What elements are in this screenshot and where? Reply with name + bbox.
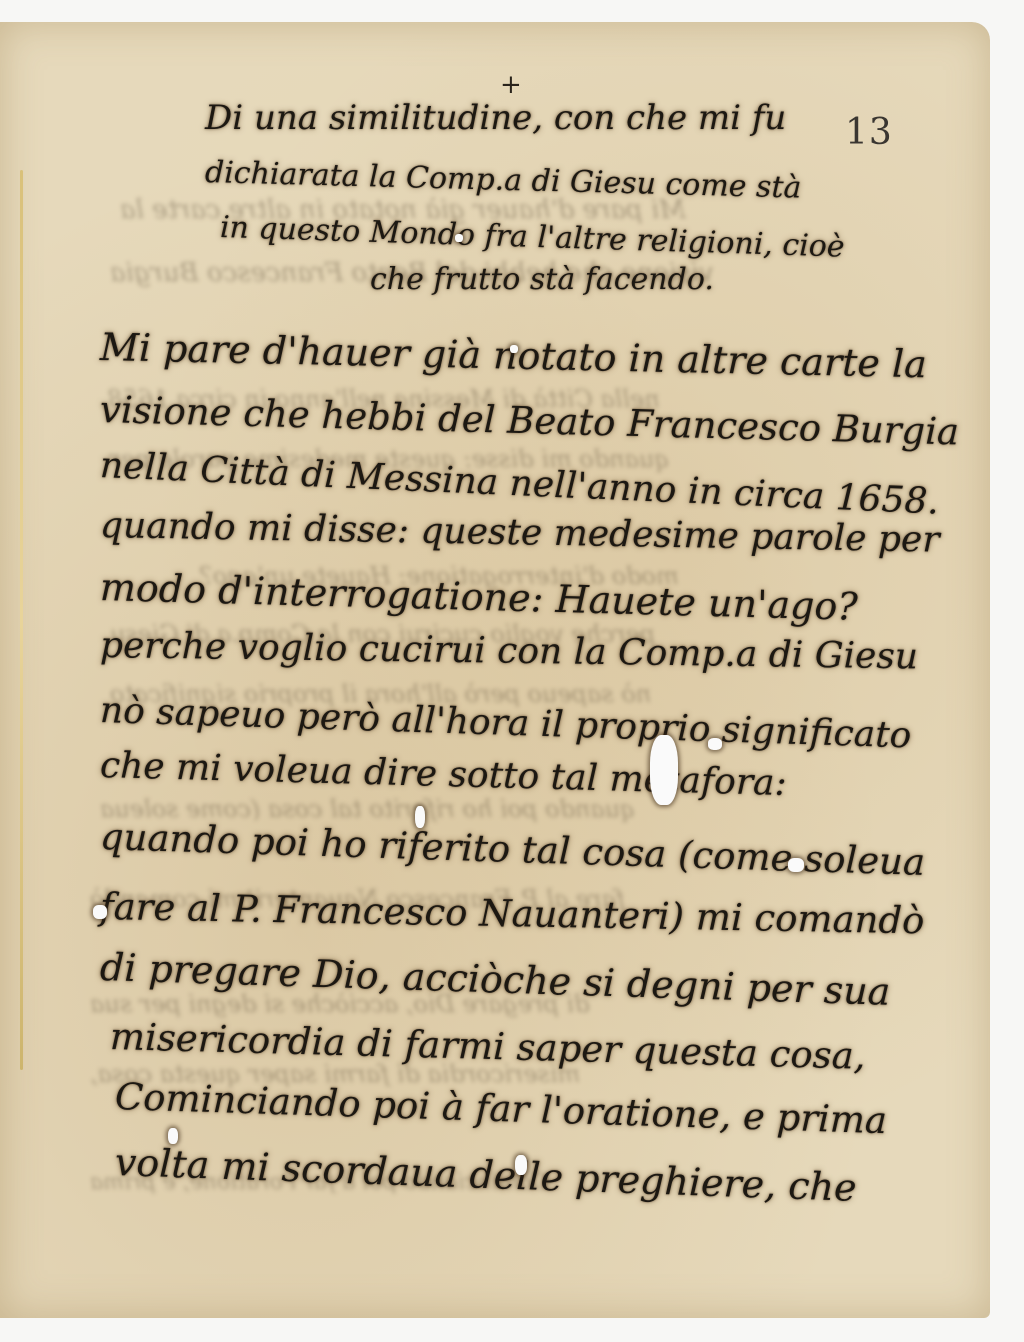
paper-hole bbox=[510, 345, 518, 353]
paper-hole bbox=[708, 738, 722, 750]
binding-thread bbox=[20, 170, 23, 1070]
paper-hole bbox=[788, 858, 804, 872]
heading-line-4: che frutto stà facendo. bbox=[370, 262, 714, 297]
heading-line-1: Di una similitudine, con che mi fu bbox=[205, 98, 786, 138]
page-number: 13 bbox=[845, 112, 893, 153]
paper-hole bbox=[455, 234, 463, 242]
paper-hole bbox=[515, 1155, 527, 1175]
paper-hole bbox=[415, 806, 425, 828]
cross-mark: + bbox=[500, 70, 522, 100]
paper-hole bbox=[168, 1128, 178, 1144]
paper-hole bbox=[650, 735, 678, 805]
paper-hole bbox=[93, 905, 107, 919]
